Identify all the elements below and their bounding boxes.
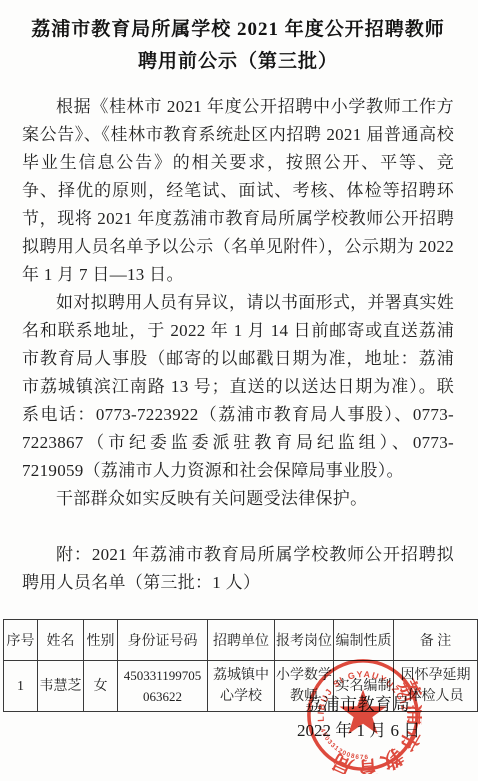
body-paragraph: 根据《桂林市 2021 年度公开招聘中小学教师工作方案公告》、《桂林市教育系统赴… — [22, 93, 454, 289]
table-header-cell: 招聘单位 — [208, 620, 275, 661]
body-paragraph: 干部群众如实反映有关问题受法律保护。 — [22, 485, 454, 513]
body-paragraph: 如对拟聘用人员有异议，请以书面形式，并署真实姓名和联系地址，于 2022 年 1… — [22, 289, 454, 485]
page-root: 荔浦市教育局所属学校 2021 年度公开招聘教师 聘用前公示（第三批） 根据《桂… — [0, 0, 478, 781]
table-header-cell: 编制性质 — [334, 620, 394, 661]
signature-issuer: 荔浦市教育局 — [305, 691, 410, 719]
body-paragraphs: 根据《桂林市 2021 年度公开招聘中小学教师工作方案公告》、《桂林市教育系统赴… — [22, 93, 454, 513]
document-title: 荔浦市教育局所属学校 2021 年度公开招聘教师 聘用前公示（第三批） — [22, 14, 454, 78]
table-cell: 450331199705063622 — [118, 661, 208, 712]
table-header-cell: 姓名 — [38, 620, 84, 661]
title-line-2: 聘用前公示（第三批） — [22, 46, 454, 78]
table-header-cell: 性别 — [84, 620, 118, 661]
table-header-cell: 报考岗位 — [275, 620, 334, 661]
document-content: 荔浦市教育局所属学校 2021 年度公开招聘教师 聘用前公示（第三批） 根据《桂… — [0, 0, 478, 712]
table-cell: 1 — [4, 661, 38, 712]
title-line-1: 荔浦市教育局所属学校 2021 年度公开招聘教师 — [22, 14, 454, 46]
table-header-cell: 序号 — [4, 620, 38, 661]
table-header-row: 序号姓名性别身份证号码招聘单位报考岗位编制性质备 注 — [4, 620, 478, 661]
table-cell: 女 — [84, 661, 118, 712]
table-cell: 韦慧芝 — [38, 661, 84, 712]
table-header-cell: 备 注 — [394, 620, 478, 661]
signature-date: 2022 年 1 月 6 日 — [297, 717, 420, 745]
table-header-cell: 身份证号码 — [118, 620, 208, 661]
attachment-note: 附：2021 年荔浦市教育局所属学校教师公开招聘拟聘用人员名单（第三批：1 人） — [22, 541, 454, 597]
table-cell: 荔城镇中心学校 — [208, 661, 275, 712]
